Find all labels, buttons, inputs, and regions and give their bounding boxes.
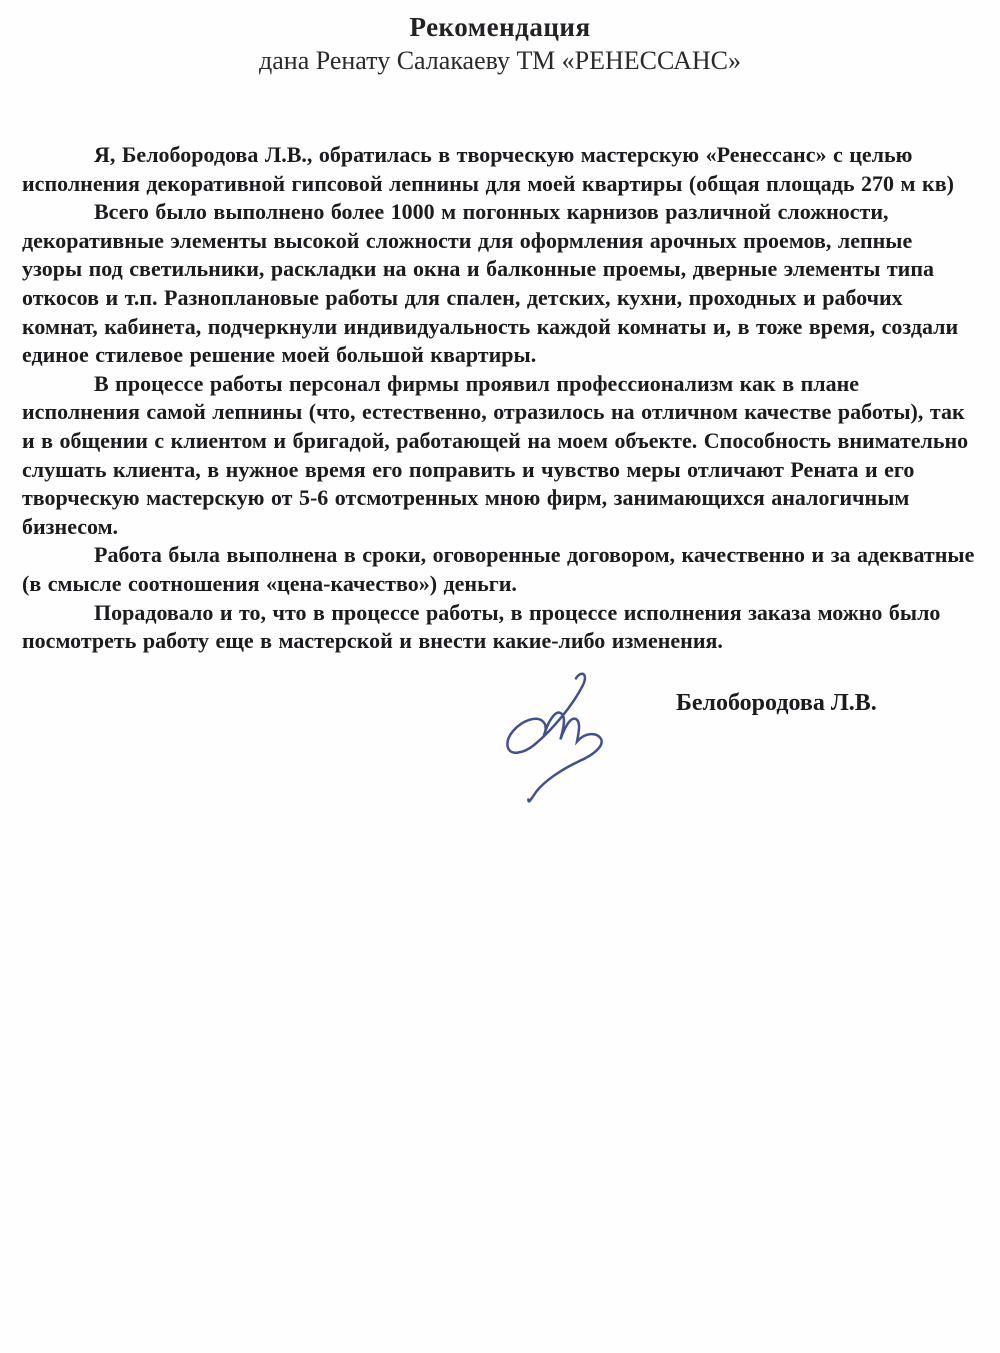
body-paragraph-2: Всего было выполнено более 1000 м погонн…	[22, 198, 978, 370]
document-body: Я, Белобородова Л.В., обратилась в творч…	[22, 141, 978, 656]
handwritten-signature-icon	[488, 668, 608, 813]
body-paragraph-4: Работа была выполнена в сроки, оговоренн…	[22, 541, 978, 598]
document-header: Рекомендация дана Ренату Салакаеву ТМ «Р…	[0, 0, 1000, 77]
body-paragraph-5: Порадовало и то, что в процессе работы, …	[22, 599, 978, 656]
signature-block: Белобородова Л.В.	[0, 664, 1000, 834]
signer-name: Белобородова Л.В.	[676, 690, 877, 717]
document-title: Рекомендация	[0, 10, 1000, 44]
body-paragraph-3: В процессе работы персонал фирмы проявил…	[22, 370, 978, 542]
signature-stroke	[507, 673, 601, 801]
document-subtitle: дана Ренату Салакаеву ТМ «РЕНЕССАНС»	[0, 44, 1000, 77]
scanned-letter-page: Рекомендация дана Ренату Салакаеву ТМ «Р…	[0, 0, 1000, 1353]
body-paragraph-1: Я, Белобородова Л.В., обратилась в творч…	[22, 141, 978, 198]
